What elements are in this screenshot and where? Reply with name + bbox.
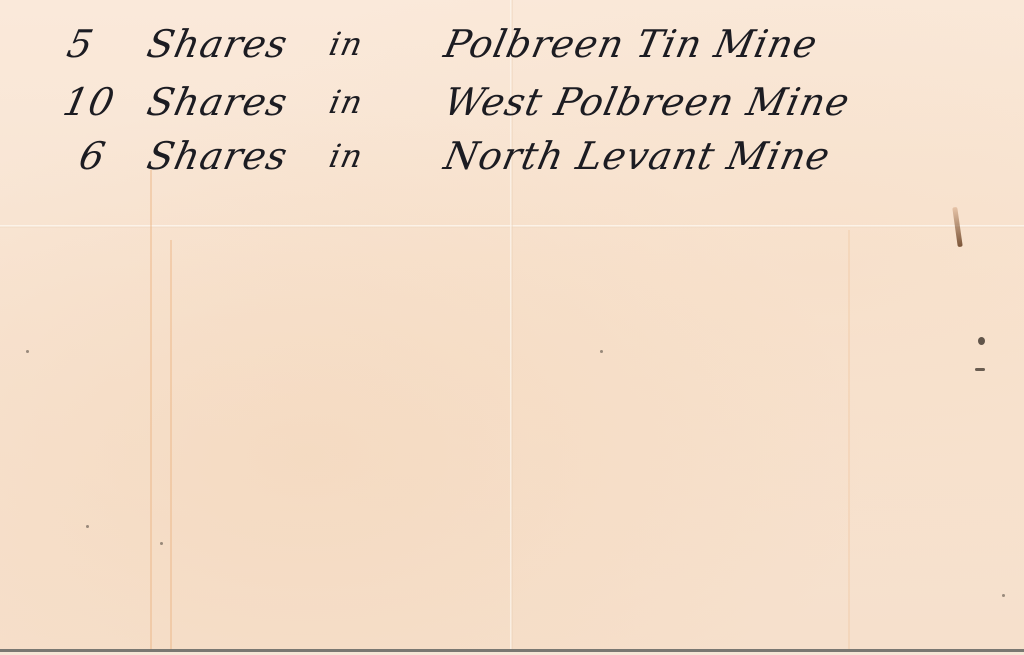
pin-hole: [975, 368, 985, 371]
scan-bottom-edge: [0, 649, 1024, 652]
preposition: in: [325, 22, 367, 66]
mine-name: Polbreen Tin Mine: [440, 22, 822, 66]
share-entry: 6 Shares in North Levant Mine: [0, 134, 1024, 190]
ink-offset-mark: [848, 230, 850, 650]
mine-name: North Levant Mine: [440, 134, 834, 178]
paper-speck: [26, 350, 29, 353]
paper-sheet: 5 Shares in Polbreen Tin Mine 10 Shares …: [0, 0, 1024, 652]
paper-speck: [160, 542, 163, 545]
shares-word: Shares: [143, 134, 292, 178]
paper-speck: [86, 525, 89, 528]
share-quantity: 6: [75, 134, 110, 178]
preposition: in: [325, 134, 367, 178]
shares-word: Shares: [143, 80, 292, 124]
paper-speck: [600, 350, 603, 353]
ink-offset-mark: [170, 240, 172, 650]
paper-speck: [1002, 594, 1005, 597]
pin-hole: [978, 337, 985, 345]
share-quantity: 10: [59, 80, 119, 124]
share-entry: 10 Shares in West Polbreen Mine: [0, 80, 1024, 136]
handwritten-share-list: 5 Shares in Polbreen Tin Mine 10 Shares …: [0, 0, 1024, 200]
share-entry: 5 Shares in Polbreen Tin Mine: [0, 22, 1024, 78]
ink-offset-mark: [150, 170, 152, 650]
share-quantity: 5: [63, 22, 98, 66]
mine-name: West Polbreen Mine: [440, 80, 854, 124]
preposition: in: [325, 80, 367, 124]
shares-word: Shares: [143, 22, 292, 66]
